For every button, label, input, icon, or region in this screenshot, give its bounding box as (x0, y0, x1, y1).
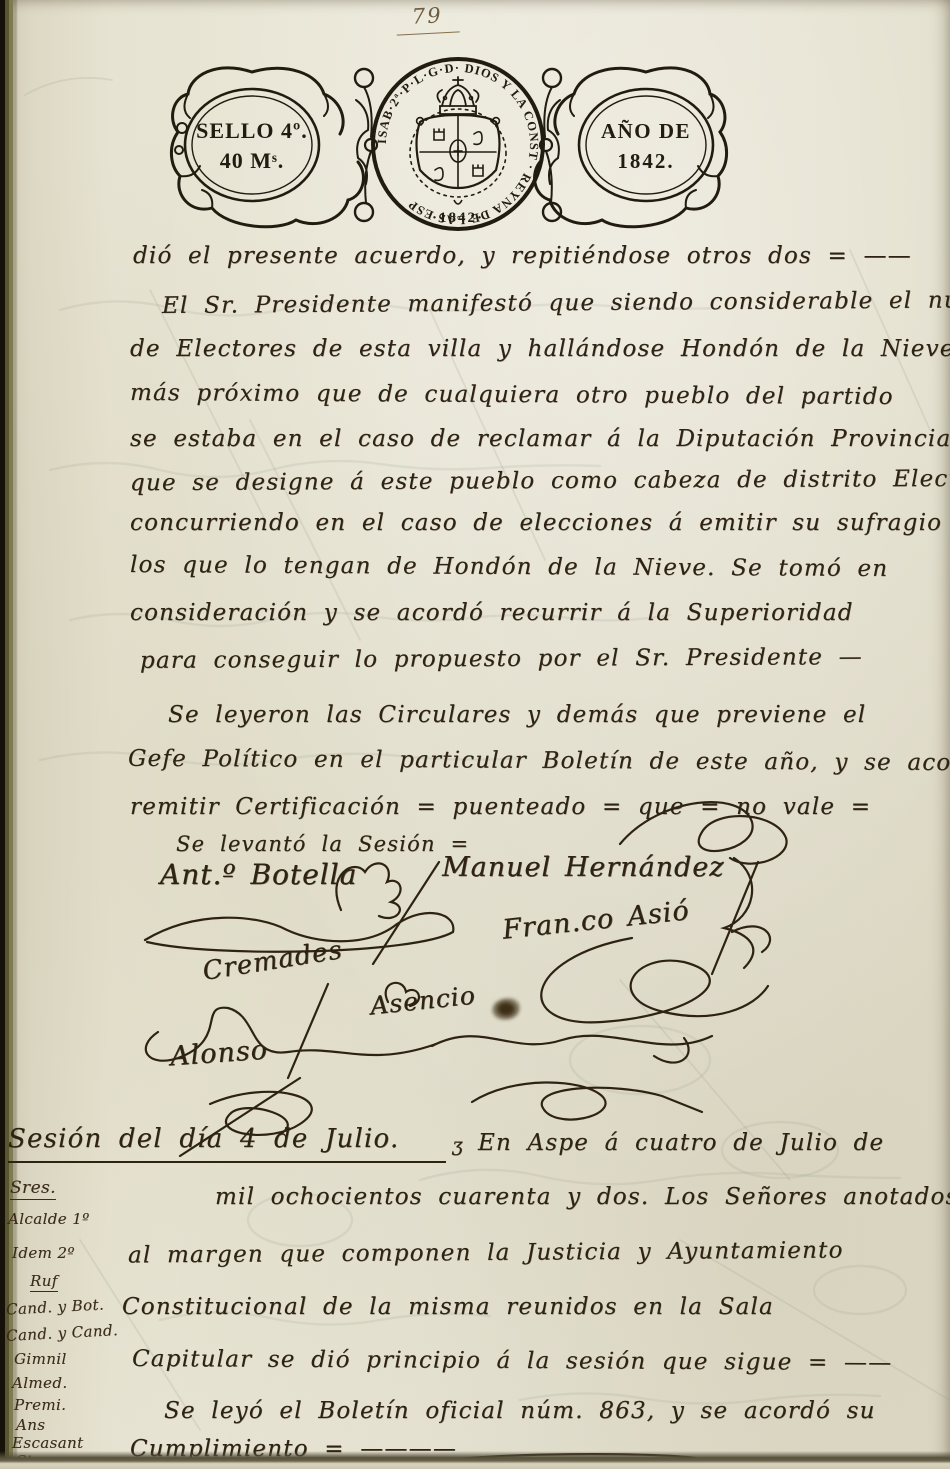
session-line: mil ochocientos cuarenta y dos. Los Seño… (215, 1184, 950, 1210)
body-line: El Sr. Presidente manifestó que siendo c… (162, 287, 950, 319)
margin-name: Ruf (30, 1272, 58, 1290)
page-bottom-edge (0, 1451, 950, 1469)
signature: Fran.co Asió (501, 895, 691, 945)
body-line: más próximo que de cualquiera otro puebl… (130, 380, 894, 410)
body-line: remitir Certificación = puenteado = que … (130, 794, 871, 820)
margin-name: Cand. y Cand. (6, 1321, 119, 1345)
stamp-ano-de-text: AÑO DE (601, 119, 691, 143)
stamp-left-oval: SELLO 4º. 40 Mˢ. (171, 68, 363, 227)
page-number: 79 (395, 2, 459, 35)
session-line: Capitular se dió principio á la sesión q… (132, 1346, 892, 1376)
signature: Manuel Hernández (442, 852, 725, 883)
margin-name: Gimnil (14, 1350, 67, 1368)
session-line: Se leyó el Boletín oficial núm. 863, y s… (164, 1398, 876, 1424)
session-heading: Sesión del día 4 de Julio. (8, 1124, 446, 1163)
rubric-flourish (422, 1000, 722, 1078)
session-heading-text: Sesión del día 4 de Julio. (8, 1124, 446, 1163)
margin-header-text: Sres. (10, 1178, 56, 1200)
body-opening-line: dió el presente acuerdo, y repitiéndose … (133, 243, 912, 269)
body-line: para conseguir lo propuesto por el Sr. P… (140, 644, 863, 674)
section-mark: ʒ (452, 1134, 464, 1156)
closing-line: Se levantó la Sesión = (176, 832, 469, 856)
ink-blot (492, 998, 520, 1020)
coat-of-arms-shield-icon (410, 109, 506, 204)
body-line: los que lo tengan de Hondón de la Nieve.… (130, 552, 888, 582)
body-line: de Electores de esta villa y hallándose … (130, 336, 950, 362)
signature: Ant.º Botella (160, 858, 357, 891)
margin-name: Cand. y Bot. (6, 1295, 105, 1318)
body-line: que se designe á este pueblo como cabeza… (130, 466, 950, 497)
manuscript-page: 79 SELLO 4º. 40 Mˢ. ISAB·2ª·P·L·G·D· DI (0, 0, 950, 1469)
margin-name-text: Ruf (30, 1272, 58, 1292)
session-line: Constitucional de la misma reunidos en l… (122, 1294, 774, 1320)
margin-name: Almed. (12, 1374, 68, 1392)
signature: Cremades (201, 935, 345, 987)
margin-name: Idem 2º (12, 1244, 75, 1262)
margin-name: Escasant (12, 1434, 84, 1452)
revenue-stamp: SELLO 4º. 40 Mˢ. ISAB·2ª·P·L·G·D· DIOS Y… (168, 50, 730, 238)
stamp-center-seal: ISAB·2ª·P·L·G·D· DIOS Y LA CONST · REYNA… (373, 59, 543, 229)
margin-name: Premi. (14, 1396, 66, 1414)
stamp-right-oval: AÑO DE 1842. (535, 68, 727, 227)
session-opening: En Aspe á cuatro de Julio de (478, 1130, 884, 1156)
rubric-flourish (430, 1066, 715, 1138)
margin-name: Ans (16, 1416, 45, 1434)
margin-name: Alcalde 1º (8, 1210, 90, 1228)
stamp-40ms-text: 40 Mˢ. (220, 148, 285, 173)
signature: Alonso (169, 1035, 269, 1073)
signature: Asencio (369, 981, 477, 1021)
stamp-1842-text: 1842. (617, 149, 674, 173)
body-line: Se leyeron las Circulares y demás que pr… (168, 702, 866, 728)
stamp-year-bottom: ·1842· (432, 210, 484, 226)
body-line: Gefe Político en el particular Boletín d… (128, 746, 950, 777)
session-line: al margen que componen la Justicia y Ayu… (128, 1238, 844, 1269)
stamp-sello-text: SELLO 4º. (196, 118, 308, 143)
margin-header: Sres. (10, 1178, 56, 1198)
body-line: concurriendo en el caso de elecciones á … (130, 510, 942, 536)
body-line: consideración y se acordó recurrir á la … (130, 600, 854, 626)
body-line: se estaba en el caso de reclamar á la Di… (130, 426, 950, 452)
